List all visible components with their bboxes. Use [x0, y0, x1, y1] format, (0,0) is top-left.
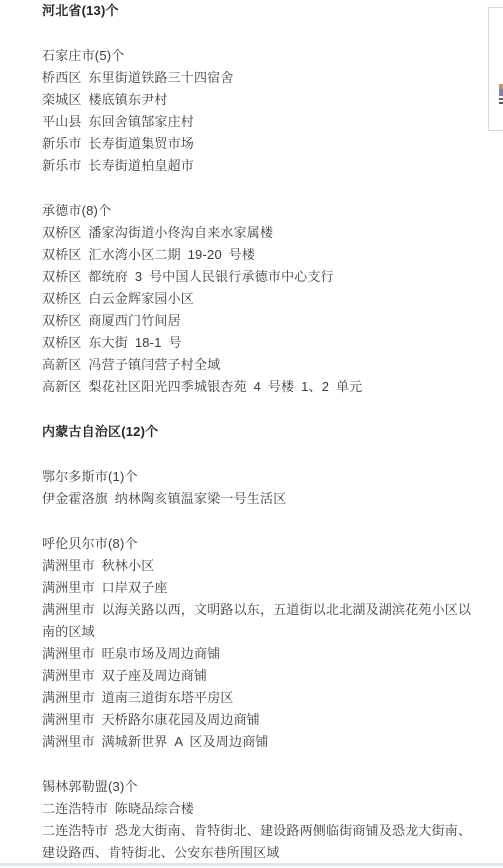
province-block-neimenggu: 内蒙古自治区(12)个 [42, 421, 476, 443]
region-line: 满洲里市 天桥路尔康花园及周边商铺 [42, 709, 476, 731]
city-header: 鄂尔多斯市(1)个 [42, 466, 476, 488]
region-line: 满洲里市 以海关路以西，文明路以东，五道街以北北湖及湖滨花苑小区以南的区域 [42, 599, 476, 643]
province-header: 内蒙古自治区(12)个 [42, 421, 476, 443]
city-group-shijiazhuang: 石家庄市(5)个 桥西区 东里街道铁路三十四宿舍 栾城区 楼底镇东尹村 平山县 … [42, 45, 476, 177]
region-line: 双桥区 东大街 18-1 号 [42, 332, 476, 354]
panel-image-fragment [499, 84, 503, 106]
region-line: 新乐市 长寿街道柏皇超市 [42, 155, 476, 177]
region-line: 双桥区 潘家沟街道小佟沟自来水家属楼 [42, 222, 476, 244]
region-line: 满洲里市 满城新世界 A 区及周边商铺 [42, 731, 476, 753]
city-header: 呼伦贝尔市(8)个 [42, 533, 476, 555]
risk-area-list: 河北省(13)个 石家庄市(5)个 桥西区 东里街道铁路三十四宿舍 栾城区 楼底… [0, 0, 503, 864]
bottom-divider [0, 863, 503, 866]
region-line: 双桥区 汇水湾小区二期 19-20 号楼 [42, 244, 476, 266]
region-line: 平山县 东回舍镇郜家庄村 [42, 111, 476, 133]
region-line: 二连浩特市 陈晓品综合楼 [42, 798, 476, 820]
region-line: 双桥区 白云金辉家园小区 [42, 288, 476, 310]
region-line: 高新区 梨花社区阳光四季城银杏苑 4 号楼 1、2 单元 [42, 376, 476, 398]
city-group-xilinguole: 锡林郭勒盟(3)个 二连浩特市 陈晓品综合楼 二连浩特市 恐龙大街南、肯特街北、… [42, 776, 476, 864]
region-line: 双桥区 都统府 3 号中国人民银行承德市中心支行 [42, 266, 476, 288]
city-group-eerduosi: 鄂尔多斯市(1)个 伊金霍洛旗 纳林陶亥镇温家梁一号生活区 [42, 466, 476, 510]
region-line: 新乐市 长寿街道集贸市场 [42, 133, 476, 155]
region-line: 双桥区 商厦西门竹间居 [42, 310, 476, 332]
city-group-hulunbeier: 呼伦贝尔市(8)个 满洲里市 秋林小区 满洲里市 口岸双子座 满洲里市 以海关路… [42, 533, 476, 753]
region-line: 二连浩特市 恐龙大街南、肯特街北、建设路两侧临街商铺及恐龙大街南、建设路西、肯特… [42, 820, 476, 864]
region-line: 满洲里市 口岸双子座 [42, 577, 476, 599]
floating-widget-panel[interactable] [488, 7, 503, 131]
region-line: 桥西区 东里街道铁路三十四宿舍 [42, 67, 476, 89]
region-line: 满洲里市 秋林小区 [42, 555, 476, 577]
province-header: 河北省(13)个 [42, 0, 476, 22]
province-block-hebei: 河北省(13)个 [42, 0, 476, 22]
region-line: 满洲里市 双子座及周边商铺 [42, 665, 476, 687]
city-header: 锡林郭勒盟(3)个 [42, 776, 476, 798]
region-line: 满洲里市 旺泉市场及周边商铺 [42, 643, 476, 665]
region-line: 高新区 冯营子镇闫营子村全域 [42, 354, 476, 376]
city-group-chengde: 承德市(8)个 双桥区 潘家沟街道小佟沟自来水家属楼 双桥区 汇水湾小区二期 1… [42, 200, 476, 398]
region-line: 满洲里市 道南三道街东塔平房区 [42, 687, 476, 709]
region-line: 栾城区 楼底镇东尹村 [42, 89, 476, 111]
city-header: 石家庄市(5)个 [42, 45, 476, 67]
region-line: 伊金霍洛旗 纳林陶亥镇温家梁一号生活区 [42, 488, 476, 510]
city-header: 承德市(8)个 [42, 200, 476, 222]
